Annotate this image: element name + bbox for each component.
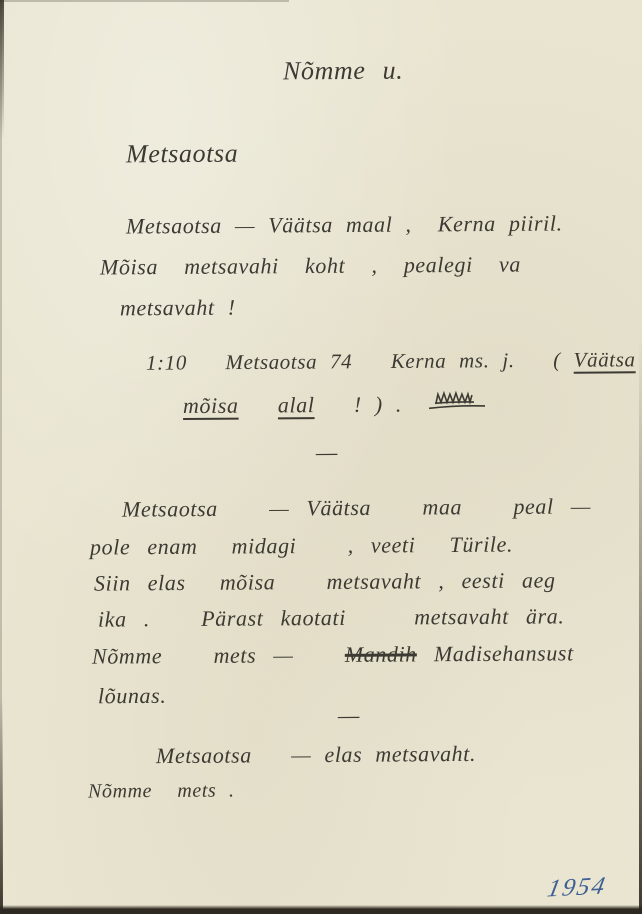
paragraph3-line2: pole enam midagi , veeti Türile. <box>90 532 513 561</box>
paragraph3-line4: ika . Pärast kaotati metsavaht ära. <box>98 603 565 632</box>
separator-dash: — <box>338 703 360 730</box>
struck-out-word: Mandih <box>345 641 417 667</box>
reference-text: 1:10 Metsaotsa 74 Kerna ms. j. ( <box>146 348 574 375</box>
paragraph3-line3: Siin elas mõisa metsavaht , eesti aeg <box>94 567 556 596</box>
line-text: Madisehansust <box>417 640 574 666</box>
scribbled-out-word <box>428 389 486 417</box>
separator-dash: — <box>316 440 338 467</box>
page-title: Nõmme u. <box>283 56 403 87</box>
scanned-manuscript-page: Nõmme u. Metsaotsa Metsaotsa — Väätsa ma… <box>0 0 642 914</box>
word-gap <box>238 392 277 417</box>
paragraph3-line5: Nõmme mets — Mandih Madisehansust <box>92 640 574 669</box>
year-annotation: 1954 <box>545 873 609 904</box>
scan-edge-left-bottom <box>0 694 3 914</box>
scan-edge-top <box>0 0 289 2</box>
paragraph3-line6: lõunas. <box>98 683 167 709</box>
punctuation: ! ) . <box>314 392 402 418</box>
underlined-word-moisa: mõisa <box>183 393 239 418</box>
paragraph1-line1: Metsaotsa — Väätsa maal , Kerna piiril. <box>126 210 563 239</box>
paragraph1-line2: Mõisa metsavahi koht , pealegi va <box>100 252 521 281</box>
underlined-place-name: Väätsa <box>574 347 636 371</box>
paragraph4-line2: Nõmme mets . <box>88 779 235 803</box>
underlined-word-alal: alal <box>278 392 315 417</box>
section-heading: Metsaotsa <box>126 139 239 170</box>
paragraph3-line1: Metsaotsa — Väätsa maa peal — <box>122 493 591 522</box>
line-text: Nõmme mets — <box>92 642 345 669</box>
scan-edge-left <box>0 0 2 914</box>
paragraph2-line2: mõisa alal ! ) . <box>183 389 486 419</box>
scan-edge-bottom <box>0 905 642 914</box>
paragraph4-line1: Metsaotsa — elas metsavaht. <box>156 741 476 769</box>
paragraph2-line1: 1:10 Metsaotsa 74 Kerna ms. j. ( Väätsa <box>146 347 636 375</box>
paragraph1-line3: metsavaht ! <box>120 295 236 322</box>
scan-edge-left-top <box>0 0 4 140</box>
